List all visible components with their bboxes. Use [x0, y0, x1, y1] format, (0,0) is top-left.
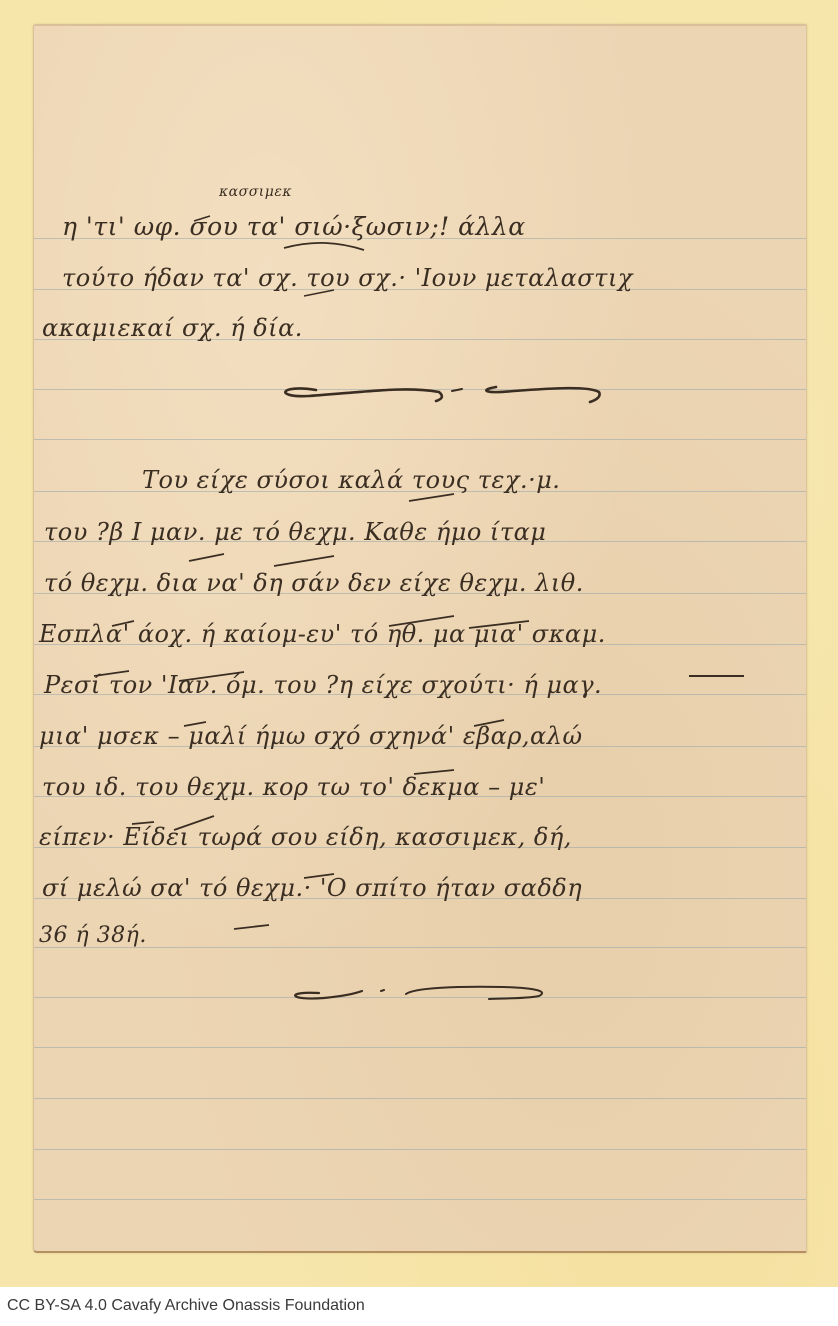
rule-line — [34, 1098, 806, 1099]
rule-line — [34, 1047, 806, 1048]
license-credit: CC BY-SA 4.0 Cavafy Archive Onassis Foun… — [7, 1297, 365, 1315]
handwritten-line: Του είχε σύσοι καλά τους τεχ.·μ. — [142, 466, 560, 494]
rule-line — [34, 1199, 806, 1200]
handwritten-line: η 'τι' ωφ. σου τα' σιώ·ξωσιν;! άλλα — [62, 212, 526, 241]
handwritten-line: Εσπλα' άοχ. ή καίομ-ευ' τό ηθ. μα μια' σ… — [39, 620, 606, 648]
rule-line — [34, 1149, 806, 1150]
handwritten-line: σί μελώ σα' τό θεχμ.· 'Ο σπίτο ήταν σαδδ… — [42, 874, 582, 902]
handwritten-line: του ?β I μαν. με τό θεχμ. Καθε ήμο ίταμ — [44, 518, 546, 546]
rule-line — [34, 389, 806, 390]
manuscript-page: κασσιμεκ η 'τι' ωφ. σου τα' σιώ·ξωσιν;! … — [33, 24, 807, 1253]
handwritten-line: τούτο ήδαν τα' σχ. του σχ.· 'Ιουν μεταλα… — [62, 264, 633, 292]
handwritten-line: μια' μσεκ – μαλί ήμω σχό σχηνά' εβαρ,αλώ — [39, 722, 583, 750]
handwritten-line: είπεν· Είδει τωρά σου είδη, κασσιμεκ, δή… — [39, 823, 572, 851]
rule-line — [34, 439, 806, 440]
handwritten-line: τό θεχμ. δια να' δη σάν δεν είχε θεχμ. λ… — [44, 569, 584, 597]
handwritten-line: 36 ή 38ή. — [39, 923, 147, 948]
credit-bar: CC BY-SA 4.0 Cavafy Archive Onassis Foun… — [0, 1287, 838, 1326]
rule-line — [34, 997, 806, 998]
rule-line — [34, 947, 806, 948]
handwritten-line: του ιδ. του θεχμ. κορ τω το' δεκμα – με' — [42, 773, 545, 801]
interlinear-note: κασσιμεκ — [219, 184, 292, 200]
handwritten-line: ακαμιεκαί σχ. ή δία. — [42, 314, 303, 342]
handwritten-line: Ρεσί τον 'Ιαν. όμ. του ?η είχε σχούτι· ή… — [44, 671, 602, 699]
